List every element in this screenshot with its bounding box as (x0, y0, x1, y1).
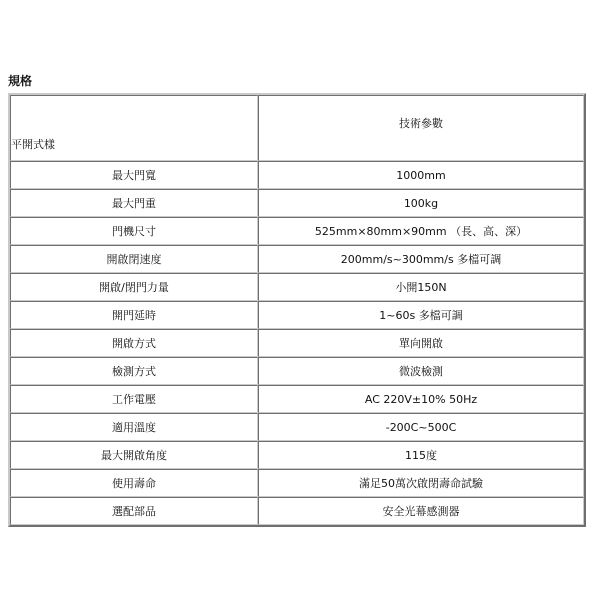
row-label: 適用溫度 (10, 413, 258, 441)
row-value: AC 220V±10% 50Hz (258, 385, 584, 413)
table-row: 最大開啟角度115度 (10, 441, 584, 469)
row-label: 開門延時 (10, 301, 258, 329)
row-label: 最大門寬 (10, 161, 258, 189)
row-label: 開啟/閉門力量 (10, 273, 258, 301)
table-row: 開門延時1~60s 多檔可調 (10, 301, 584, 329)
row-label: 開啟方式 (10, 329, 258, 357)
header-parameters: 技術參數 (258, 95, 584, 161)
table-row: 選配部品安全光幕感測器 (10, 497, 584, 525)
table-row: 開啟閉速度200mm/s~300mm/s 多檔可調 (10, 245, 584, 273)
row-value: 100kg (258, 189, 584, 217)
table-row: 使用壽命滿足50萬次啟閉壽命試驗 (10, 469, 584, 497)
table-row: 最大門寬1000mm (10, 161, 584, 189)
table-header-row: 平開式樣 技術參數 (10, 95, 584, 161)
row-value: 1000mm (258, 161, 584, 189)
row-value: 小開150N (258, 273, 584, 301)
row-label: 最大開啟角度 (10, 441, 258, 469)
spec-table: 平開式樣 技術參數 最大門寬1000mm 最大門重100kg 門機尺寸525mm… (8, 93, 586, 527)
row-value: 525mm×80mm×90mm （長、高、深） (258, 217, 584, 245)
row-value: 安全光幕感測器 (258, 497, 584, 525)
row-label: 選配部品 (10, 497, 258, 525)
row-value: 1~60s 多檔可調 (258, 301, 584, 329)
row-label: 工作電壓 (10, 385, 258, 413)
table-row: 開啟方式單向開啟 (10, 329, 584, 357)
row-label: 門機尺寸 (10, 217, 258, 245)
table-row: 門機尺寸525mm×80mm×90mm （長、高、深） (10, 217, 584, 245)
row-value: -200C~500C (258, 413, 584, 441)
row-value: 115度 (258, 441, 584, 469)
row-label: 使用壽命 (10, 469, 258, 497)
table-row: 檢測方式微波檢測 (10, 357, 584, 385)
row-label: 最大門重 (10, 189, 258, 217)
row-value: 滿足50萬次啟閉壽命試驗 (258, 469, 584, 497)
section-title: 規格 (8, 72, 32, 89)
table-row: 適用溫度-200C~500C (10, 413, 584, 441)
table-row: 工作電壓AC 220V±10% 50Hz (10, 385, 584, 413)
row-label: 檢測方式 (10, 357, 258, 385)
row-label: 開啟閉速度 (10, 245, 258, 273)
table-row: 開啟/閉門力量小開150N (10, 273, 584, 301)
table-row: 最大門重100kg (10, 189, 584, 217)
row-value: 200mm/s~300mm/s 多檔可調 (258, 245, 584, 273)
row-value: 微波檢測 (258, 357, 584, 385)
header-model: 平開式樣 (10, 95, 258, 161)
row-value: 單向開啟 (258, 329, 584, 357)
